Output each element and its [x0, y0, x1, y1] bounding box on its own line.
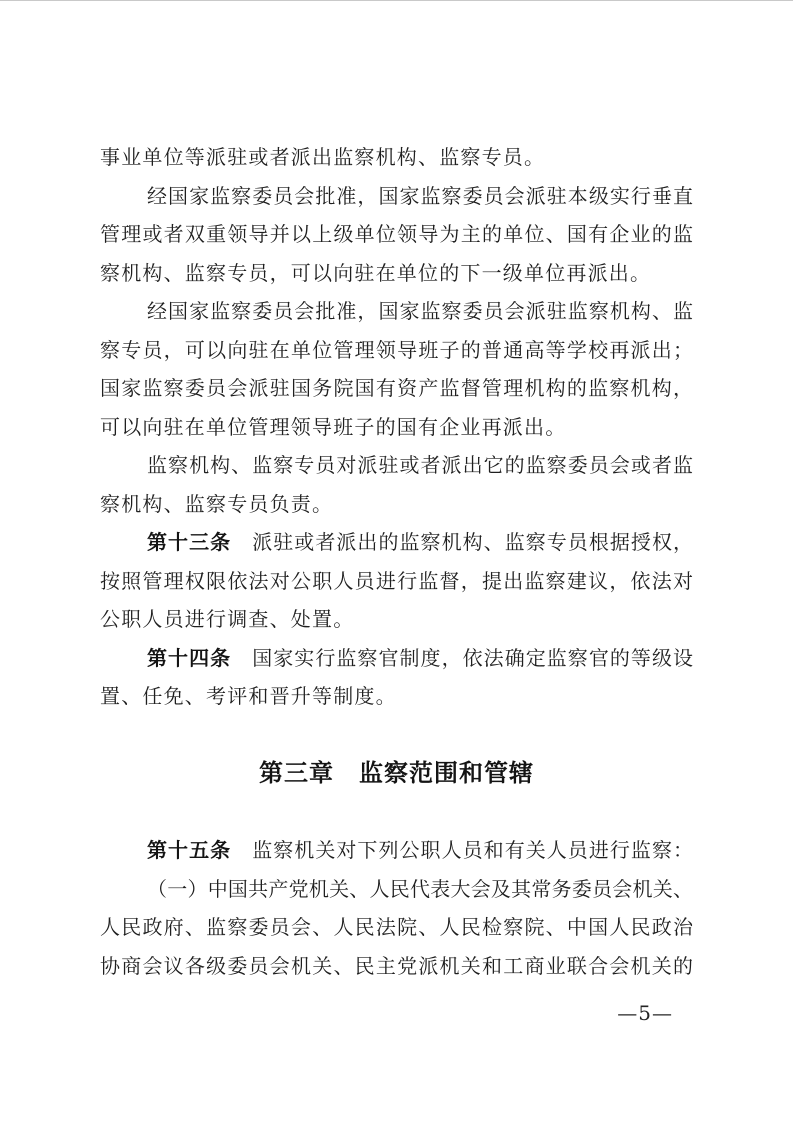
chapter-heading: 第三章 监察范围和管辖 [100, 755, 693, 794]
document-page: 事业单位等派驻或者派出监察机构、监察专员。 经国家监察委员会批准，国家监察委员会… [0, 0, 793, 1122]
text-line: 置、任免、考评和晋升等制度。 [100, 678, 693, 717]
text-line: 第十五条 监察机关对下列公职人员和有关人员进行监察： [100, 832, 693, 871]
text-line: 第十三条 派驻或者派出的监察机构、监察专员根据授权， [100, 524, 693, 563]
article-text: 监察机关对下列公职人员和有关人员进行监察： [231, 840, 693, 862]
article-number: 第十三条 [147, 532, 231, 554]
text-line: 人民政府、监察委员会、人民法院、人民检察院、中国人民政治 [100, 909, 693, 948]
text-line: 察机构、监察专员，可以向驻在单位的下一级单位再派出。 [100, 255, 693, 294]
page-number: —5— [617, 1001, 673, 1025]
text-line: 经国家监察委员会批准，国家监察委员会派驻本级实行垂直 [100, 178, 693, 217]
text-line: 按照管理权限依法对公职人员进行监督，提出监察建议，依法对 [100, 563, 693, 602]
text-line: 察专员，可以向驻在单位管理领导班子的普通高等学校再派出； [100, 332, 693, 371]
article-number: 第十四条 [147, 648, 231, 670]
article-text: 国家实行监察官制度，依法确定监察官的等级设 [231, 648, 693, 670]
text-line: 监察机构、监察专员对派驻或者派出它的监察委员会或者监 [100, 447, 693, 486]
scan-edge-artifact [0, 0, 793, 1]
text-line: （一）中国共产党机关、人民代表大会及其常务委员会机关、 [100, 871, 693, 910]
text-line: 公职人员进行调查、处置。 [100, 601, 693, 640]
body-text-block: 事业单位等派驻或者派出监察机构、监察专员。 经国家监察委员会批准，国家监察委员会… [100, 139, 693, 986]
article-text: 派驻或者派出的监察机构、监察专员根据授权， [231, 532, 693, 554]
text-line: 经国家监察委员会批准，国家监察委员会派驻监察机构、监 [100, 293, 693, 332]
text-line: 国家监察委员会派驻国务院国有资产监督管理机构的监察机构， [100, 370, 693, 409]
text-line: 协商会议各级委员会机关、民主党派机关和工商业联合会机关的 [100, 948, 693, 987]
text-line: 第十四条 国家实行监察官制度，依法确定监察官的等级设 [100, 640, 693, 679]
article-number: 第十五条 [147, 840, 231, 862]
text-line: 管理或者双重领导并以上级单位领导为主的单位、国有企业的监 [100, 216, 693, 255]
text-line: 可以向驻在单位管理领导班子的国有企业再派出。 [100, 409, 693, 448]
text-line: 察机构、监察专员负责。 [100, 486, 693, 525]
text-line: 事业单位等派驻或者派出监察机构、监察专员。 [100, 139, 693, 178]
